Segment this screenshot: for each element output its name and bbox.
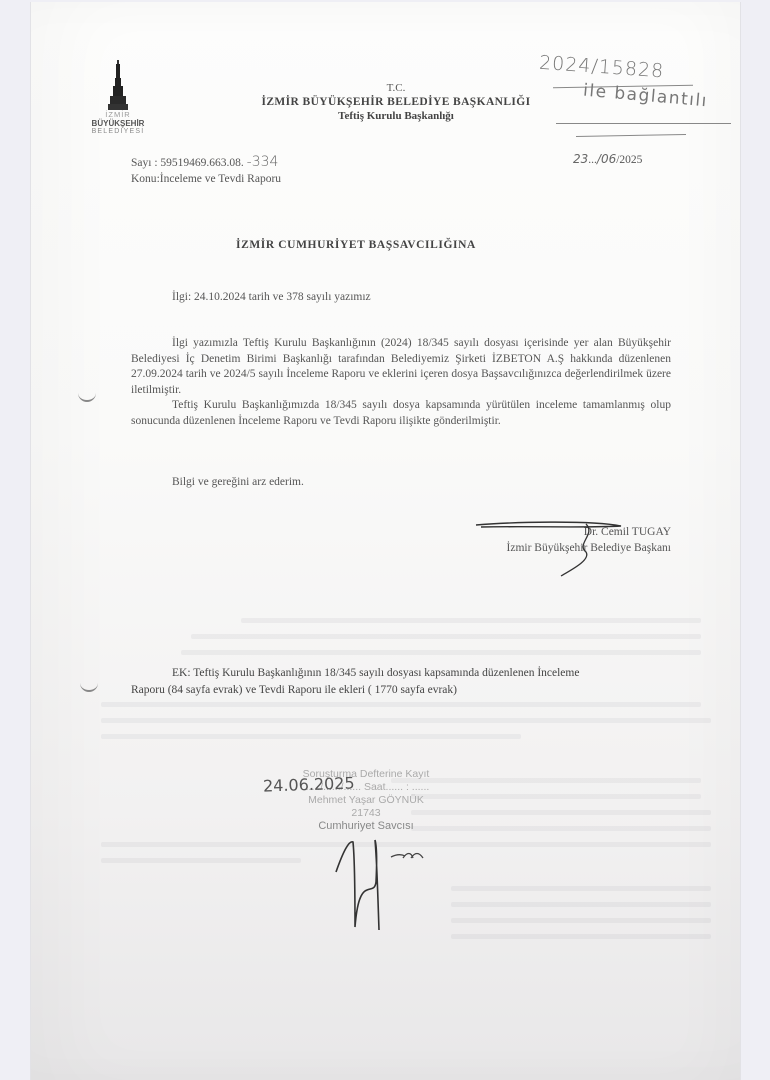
body-paragraph-2: Teftiş Kurulu Başkanlığımızda 18/345 say… xyxy=(131,398,671,429)
clock-tower-icon xyxy=(106,60,130,110)
organization-name: İZMİR BÜYÜKŞEHİR BELEDİYE BAŞKANLIĞI xyxy=(236,95,556,109)
sayi-row: Sayı : 59519469.663.08. -334 xyxy=(131,154,281,171)
letter-body: İlgi yazımızla Teftiş Kurulu Başkanlığın… xyxy=(131,336,671,429)
stamp-registry: 21743 xyxy=(271,807,461,820)
municipality-logo: İZMİR BÜYÜKŞEHİR BELEDİYESİ xyxy=(88,60,148,145)
signature-scribble-icon xyxy=(471,520,661,580)
reference-line: İlgi: 24.10.2024 tarih ve 378 sayılı yaz… xyxy=(172,291,371,303)
handwritten-reference-number: 2024/15828 xyxy=(538,52,664,83)
stamp-name: Mehmet Yaşar GÖYNÜK xyxy=(271,794,461,807)
date-day: 23 xyxy=(573,152,588,166)
logo-line-izmir: İZMİR xyxy=(88,111,148,119)
handwritten-underline xyxy=(556,123,731,124)
konu-label: Konu xyxy=(131,173,157,185)
prosecutor-signature-icon xyxy=(331,832,441,942)
signature-block: Dr. Cemil TUGAY İzmir Büyükşehir Belediy… xyxy=(461,524,671,556)
margin-tick-mark xyxy=(78,392,96,402)
handwritten-underline xyxy=(576,134,686,137)
sayi-value: : 59519469.663.08. xyxy=(154,157,243,169)
document-date: 23.../06/2025 xyxy=(573,152,642,166)
date-month: /06 xyxy=(597,152,616,166)
addressee: İZMİR CUMHURİYET BAŞSAVCILIĞINA xyxy=(236,239,476,251)
closing-line: Bilgi ve gereğini arz ederim. xyxy=(172,476,304,488)
konu-value: :İnceleme ve Tevdi Raporu xyxy=(157,173,281,185)
konu-row: Konu:İnceleme ve Tevdi Raporu xyxy=(131,171,281,187)
sayi-label: Sayı xyxy=(131,157,151,169)
republic-label: T.C. xyxy=(236,82,556,95)
prosecutor-registry-stamp: Soruşturma Defterine Kayıt ....../......… xyxy=(271,768,461,833)
sayi-handwritten: -334 xyxy=(247,154,279,170)
date-sep: ... xyxy=(588,154,597,166)
attachment-line-2: Raporu (84 sayfa evrak) ve Tevdi Raporu … xyxy=(131,684,457,696)
body-paragraph-1: İlgi yazımızla Teftiş Kurulu Başkanlığın… xyxy=(131,336,671,398)
logo-line-belediyesi: BELEDİYESİ xyxy=(88,128,148,136)
document-page: İZMİR BÜYÜKŞEHİR BELEDİYESİ T.C. İZMİR B… xyxy=(30,2,741,1080)
date-year: /2025 xyxy=(616,154,642,166)
stamp-handwritten-date: 24.06.2025 xyxy=(263,776,355,792)
attachment-line-1: EK: Teftiş Kurulu Başkanlığının 18/345 s… xyxy=(131,665,691,682)
letterhead: T.C. İZMİR BÜYÜKŞEHİR BELEDİYE BAŞKANLIĞ… xyxy=(236,82,556,123)
document-meta: Sayı : 59519469.663.08. -334 Konu:İncele… xyxy=(131,154,281,187)
logo-line-buyuksehir: BÜYÜKŞEHİR xyxy=(88,119,148,128)
department-name: Teftiş Kurulu Başkanlığı xyxy=(236,109,556,123)
attachment-note: EK: Teftiş Kurulu Başkanlığının 18/345 s… xyxy=(131,665,691,699)
margin-tick-mark xyxy=(80,682,98,692)
